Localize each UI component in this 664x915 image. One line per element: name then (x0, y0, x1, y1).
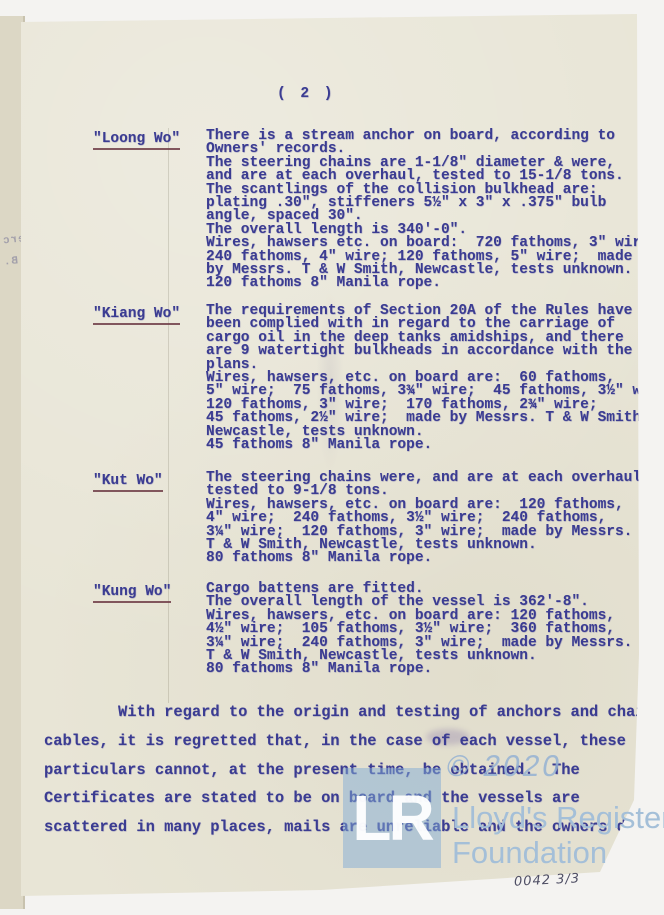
vessel-notes-kiang-wo: The requirements of Section 20A of the R… (206, 305, 664, 452)
text-line: 120 fathoms 8" Manila rope. (206, 277, 664, 290)
paper-crease (168, 128, 169, 703)
vessel-name-loong-wo: "Loong Wo" (93, 131, 180, 147)
text-line: 80 fathoms 8" Manila rope. (206, 552, 664, 565)
page-number: ( 2 ) (277, 86, 336, 102)
vessel-name-kiang-wo: "Kiang Wo" (93, 306, 180, 322)
vessel-notes-loong-wo: There is a stream anchor on board, accor… (206, 130, 664, 291)
watermark-org-name-line2: Foundation (452, 835, 607, 871)
lloyds-register-logo: LR (343, 768, 441, 868)
text-line: are 9 watertight bulkheads in accordance… (206, 345, 664, 358)
bleedthrough-text: B. (2, 255, 18, 269)
watermark-copyright: © 2020 (444, 750, 565, 784)
scanned-document-page: ferc B. ( 2 ) "Loong Wo" There is a stre… (0, 0, 664, 915)
text-line: 45 fathoms 8" Manila rope. (206, 439, 664, 452)
vessel-name-kung-wo: "Kung Wo" (93, 584, 171, 600)
vessel-notes-kung-wo: Cargo battens are fitted.The overall len… (206, 583, 664, 677)
vessel-notes-kut-wo: The steering chains were, and are at eac… (206, 472, 664, 566)
archive-reference-number: 0042 3/3 (514, 871, 581, 889)
text-line: With regard to the origin and testing of… (44, 698, 649, 727)
watermark-org-name-line1: Lloyd's Register (452, 800, 664, 836)
vessel-name-kut-wo: "Kut Wo" (93, 473, 163, 489)
text-line: 80 fathoms 8" Manila rope. (206, 663, 664, 676)
lr-logo-text: LR (352, 781, 431, 855)
